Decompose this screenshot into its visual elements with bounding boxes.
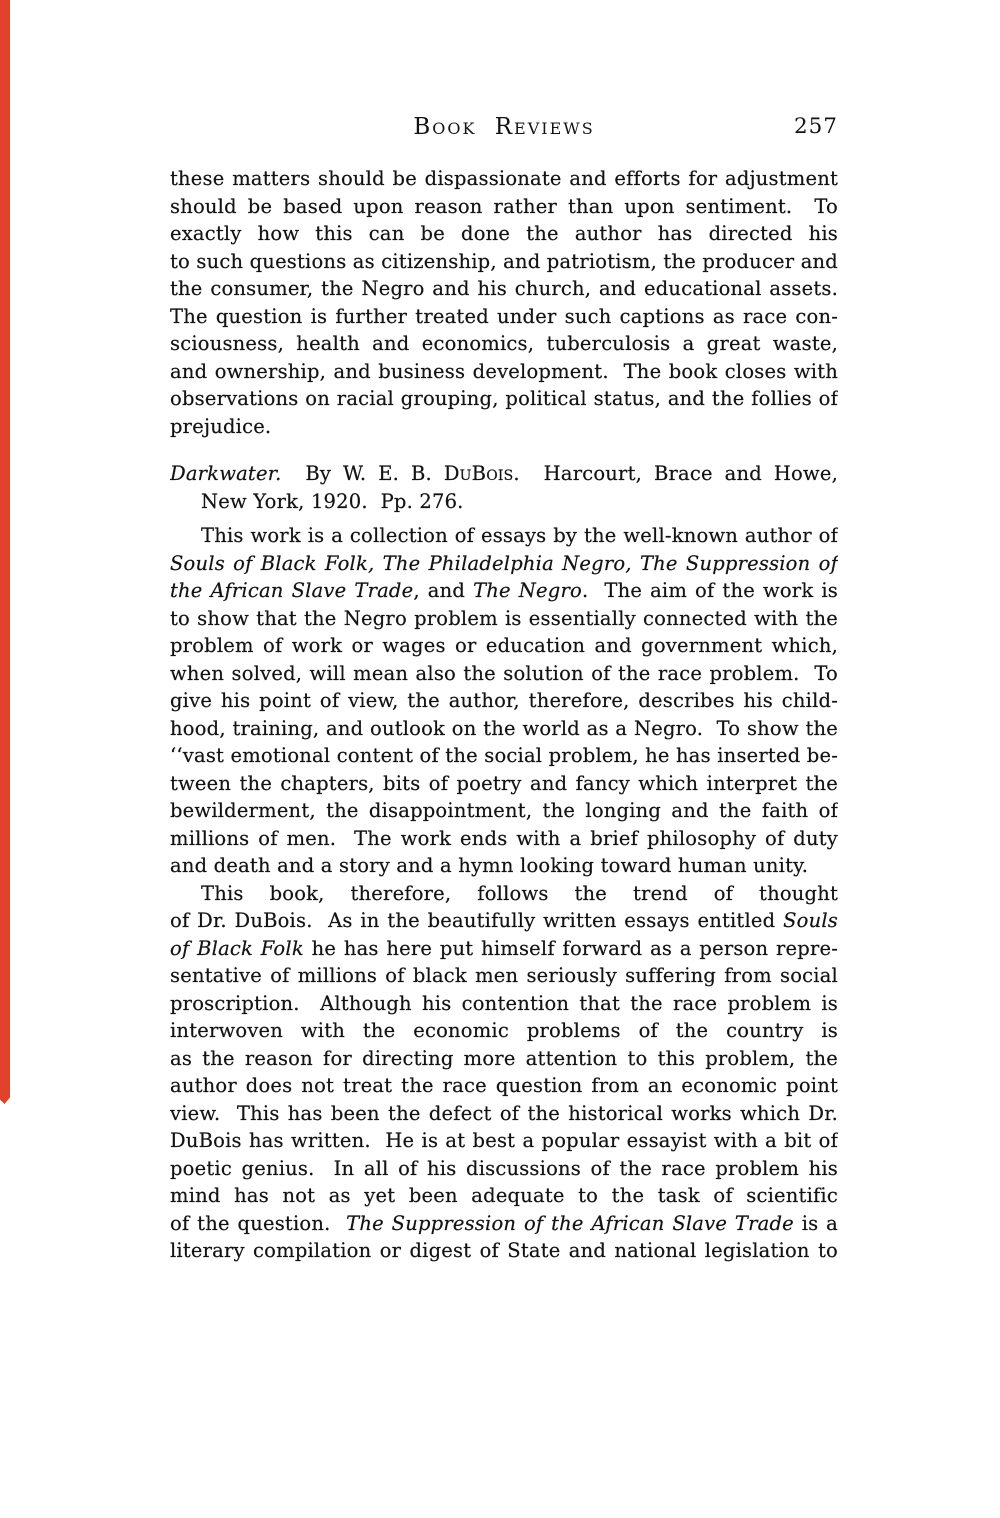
text-line: DuBois has written. He is at best a popu…: [170, 1127, 838, 1155]
italic-text: the African Slave Trade: [170, 579, 413, 602]
text-line: the African Slave Trade, and The Negro. …: [170, 577, 838, 605]
plain-text: . The aim of the work is: [582, 579, 838, 602]
text-line: Darkwater. By W. E. B. DuBois. Harcourt,…: [170, 460, 838, 488]
text-line: the consumer, the Negro and his church, …: [170, 275, 838, 303]
plain-text: mind has not as yet been adequate to the…: [170, 1184, 838, 1210]
text-line: observations on racial grouping, politic…: [170, 385, 838, 413]
text-line: millions of men. The work ends with a br…: [170, 825, 838, 853]
plain-text: of Dr. DuBois. As in the beautifully wri…: [170, 909, 783, 932]
text-line: of Black Folk he has here put himself fo…: [170, 935, 838, 963]
plain-text: New York, 1920. Pp. 276.: [201, 490, 464, 513]
text-line: The question is further treated under su…: [170, 303, 838, 331]
text-line: to such questions as citizenship, and pa…: [170, 248, 838, 276]
plain-text: literary compilation or digest of State …: [170, 1239, 838, 1262]
plain-text: ‘‘vast emotional content of the social p…: [170, 744, 838, 767]
italic-text: Souls: [783, 909, 838, 932]
text-line: these matters should be dispassionate an…: [170, 165, 838, 193]
text-line: ‘‘vast emotional content of the social p…: [170, 742, 838, 770]
italic-text: The Negro: [473, 579, 582, 602]
plain-text: he has here put himself forward as a per…: [304, 937, 838, 960]
text-line: proscription. Although his contention th…: [170, 990, 838, 1018]
plain-text: interwoven with the economic problems of…: [170, 1019, 838, 1045]
plain-text: should be based upon reason rather than …: [170, 195, 838, 221]
text-line: sentative of millions of black men serio…: [170, 962, 838, 990]
italic-text: of Black Folk: [170, 937, 304, 960]
plain-text: to such questions as citizenship, and pa…: [170, 250, 838, 273]
plain-text: problem of work or wages or education an…: [170, 634, 838, 657]
page-content: Book Reviews 257 these matters should be…: [170, 0, 838, 1265]
text-line: New York, 1920. Pp. 276.: [170, 488, 838, 516]
text-line: mind has not as yet been adequate to the…: [170, 1182, 838, 1210]
plain-text: . Harcourt, Brace and Howe,: [513, 462, 838, 485]
plain-text: millions of men. The work ends with a br…: [170, 827, 838, 850]
plain-text: This work is a collection of essays by t…: [201, 524, 838, 547]
text-line: give his point of view, the author, ther…: [170, 687, 838, 715]
plain-text: to show that the Negro problem is essent…: [170, 607, 838, 630]
text-line: when solved, will mean also the solution…: [170, 660, 838, 688]
text-line: exactly how this can be done the author …: [170, 220, 838, 248]
text-line: author does not treat the race question …: [170, 1072, 838, 1100]
plain-text: sciousness, health and economics, tuberc…: [170, 332, 838, 358]
running-head-title: Book Reviews: [170, 113, 838, 141]
plain-text: This book, therefore, follows the trend …: [201, 882, 838, 908]
book-page-scan: Book Reviews 257 these matters should be…: [0, 0, 1000, 1518]
plain-text: By W. E. B.: [281, 462, 443, 485]
text-line: and death and a story and a hymn looking…: [170, 852, 838, 880]
plain-text: bewilderment, the disappointment, the lo…: [170, 799, 838, 822]
italic-text: The Suppression of the African Slave Tra…: [346, 1212, 794, 1235]
plain-text: prejudice.: [170, 415, 271, 438]
plain-text: The question is further treated under su…: [170, 305, 838, 328]
plain-text: these matters should be dispassionate an…: [170, 167, 838, 190]
plain-text: proscription. Although his contention th…: [170, 992, 838, 1015]
plain-text: sentative of millions of black men serio…: [170, 964, 838, 987]
italic-text: Souls of Black Folk, The Philadelphia Ne…: [170, 552, 838, 575]
text-line: to show that the Negro problem is essent…: [170, 605, 838, 633]
text-line: Souls of Black Folk, The Philadelphia Ne…: [170, 550, 838, 578]
plain-text: when solved, will mean also the solution…: [170, 662, 838, 685]
plain-text: hood, training, and outlook on the world…: [170, 717, 838, 740]
text-line: tween the chapters, bits of poetry and f…: [170, 770, 838, 798]
italic-text: Darkwater.: [170, 462, 281, 485]
text-line: This work is a collection of essays by t…: [170, 522, 838, 550]
plain-text: , and: [413, 579, 473, 602]
text-line: literary compilation or digest of State …: [170, 1237, 838, 1265]
review-body-second: This book, therefore, follows the trend …: [170, 880, 838, 1265]
text-line: hood, training, and outlook on the world…: [170, 715, 838, 743]
review-body-first: This work is a collection of essays by t…: [170, 522, 838, 880]
plain-text: give his point of view, the author, ther…: [170, 689, 838, 712]
plain-text: the consumer, the Negro and his church, …: [170, 277, 838, 300]
plain-text: DuBois has written. He is at best a popu…: [170, 1129, 838, 1152]
review-continuation: these matters should be dispassionate an…: [170, 165, 838, 440]
page-header: Book Reviews 257: [170, 113, 838, 141]
page-number: 257: [794, 113, 838, 141]
text-line: of Dr. DuBois. As in the beautifully wri…: [170, 907, 838, 935]
text-line: should be based upon reason rather than …: [170, 193, 838, 221]
text-line: interwoven with the economic problems of…: [170, 1017, 838, 1045]
plain-text: as the reason for directing more attenti…: [170, 1047, 838, 1070]
plain-text: is a: [794, 1212, 838, 1235]
smallcaps-text: DuBois: [444, 462, 514, 485]
text-line: of the question. The Suppression of the …: [170, 1210, 838, 1238]
text-line: bewilderment, the disappointment, the lo…: [170, 797, 838, 825]
page-edge-stripe: [0, 0, 10, 1104]
plain-text: observations on racial grouping, politic…: [170, 387, 838, 410]
text-line: problem of work or wages or education an…: [170, 632, 838, 660]
citation-darkwater: Darkwater. By W. E. B. DuBois. Harcourt,…: [170, 460, 838, 515]
text-line: view. This has been the defect of the hi…: [170, 1100, 838, 1128]
text-line: This book, therefore, follows the trend …: [170, 880, 838, 908]
plain-text: and death and a story and a hymn looking…: [170, 854, 808, 877]
plain-text: of the question.: [170, 1212, 346, 1235]
text-line: as the reason for directing more attenti…: [170, 1045, 838, 1073]
text-body: these matters should be dispassionate an…: [170, 165, 838, 1265]
plain-text: tween the chapters, bits of poetry and f…: [170, 772, 838, 795]
text-line: sciousness, health and economics, tuberc…: [170, 330, 838, 358]
plain-text: poetic genius. In all of his discussions…: [170, 1157, 838, 1180]
text-line: prejudice.: [170, 413, 838, 441]
text-line: and ownership, and business development.…: [170, 358, 838, 386]
plain-text: and ownership, and business development.…: [170, 360, 838, 383]
plain-text: author does not treat the race question …: [170, 1074, 838, 1100]
plain-text: view. This has been the defect of the hi…: [170, 1102, 838, 1125]
plain-text: exactly how this can be done the author …: [170, 222, 838, 248]
text-line: poetic genius. In all of his discussions…: [170, 1155, 838, 1183]
